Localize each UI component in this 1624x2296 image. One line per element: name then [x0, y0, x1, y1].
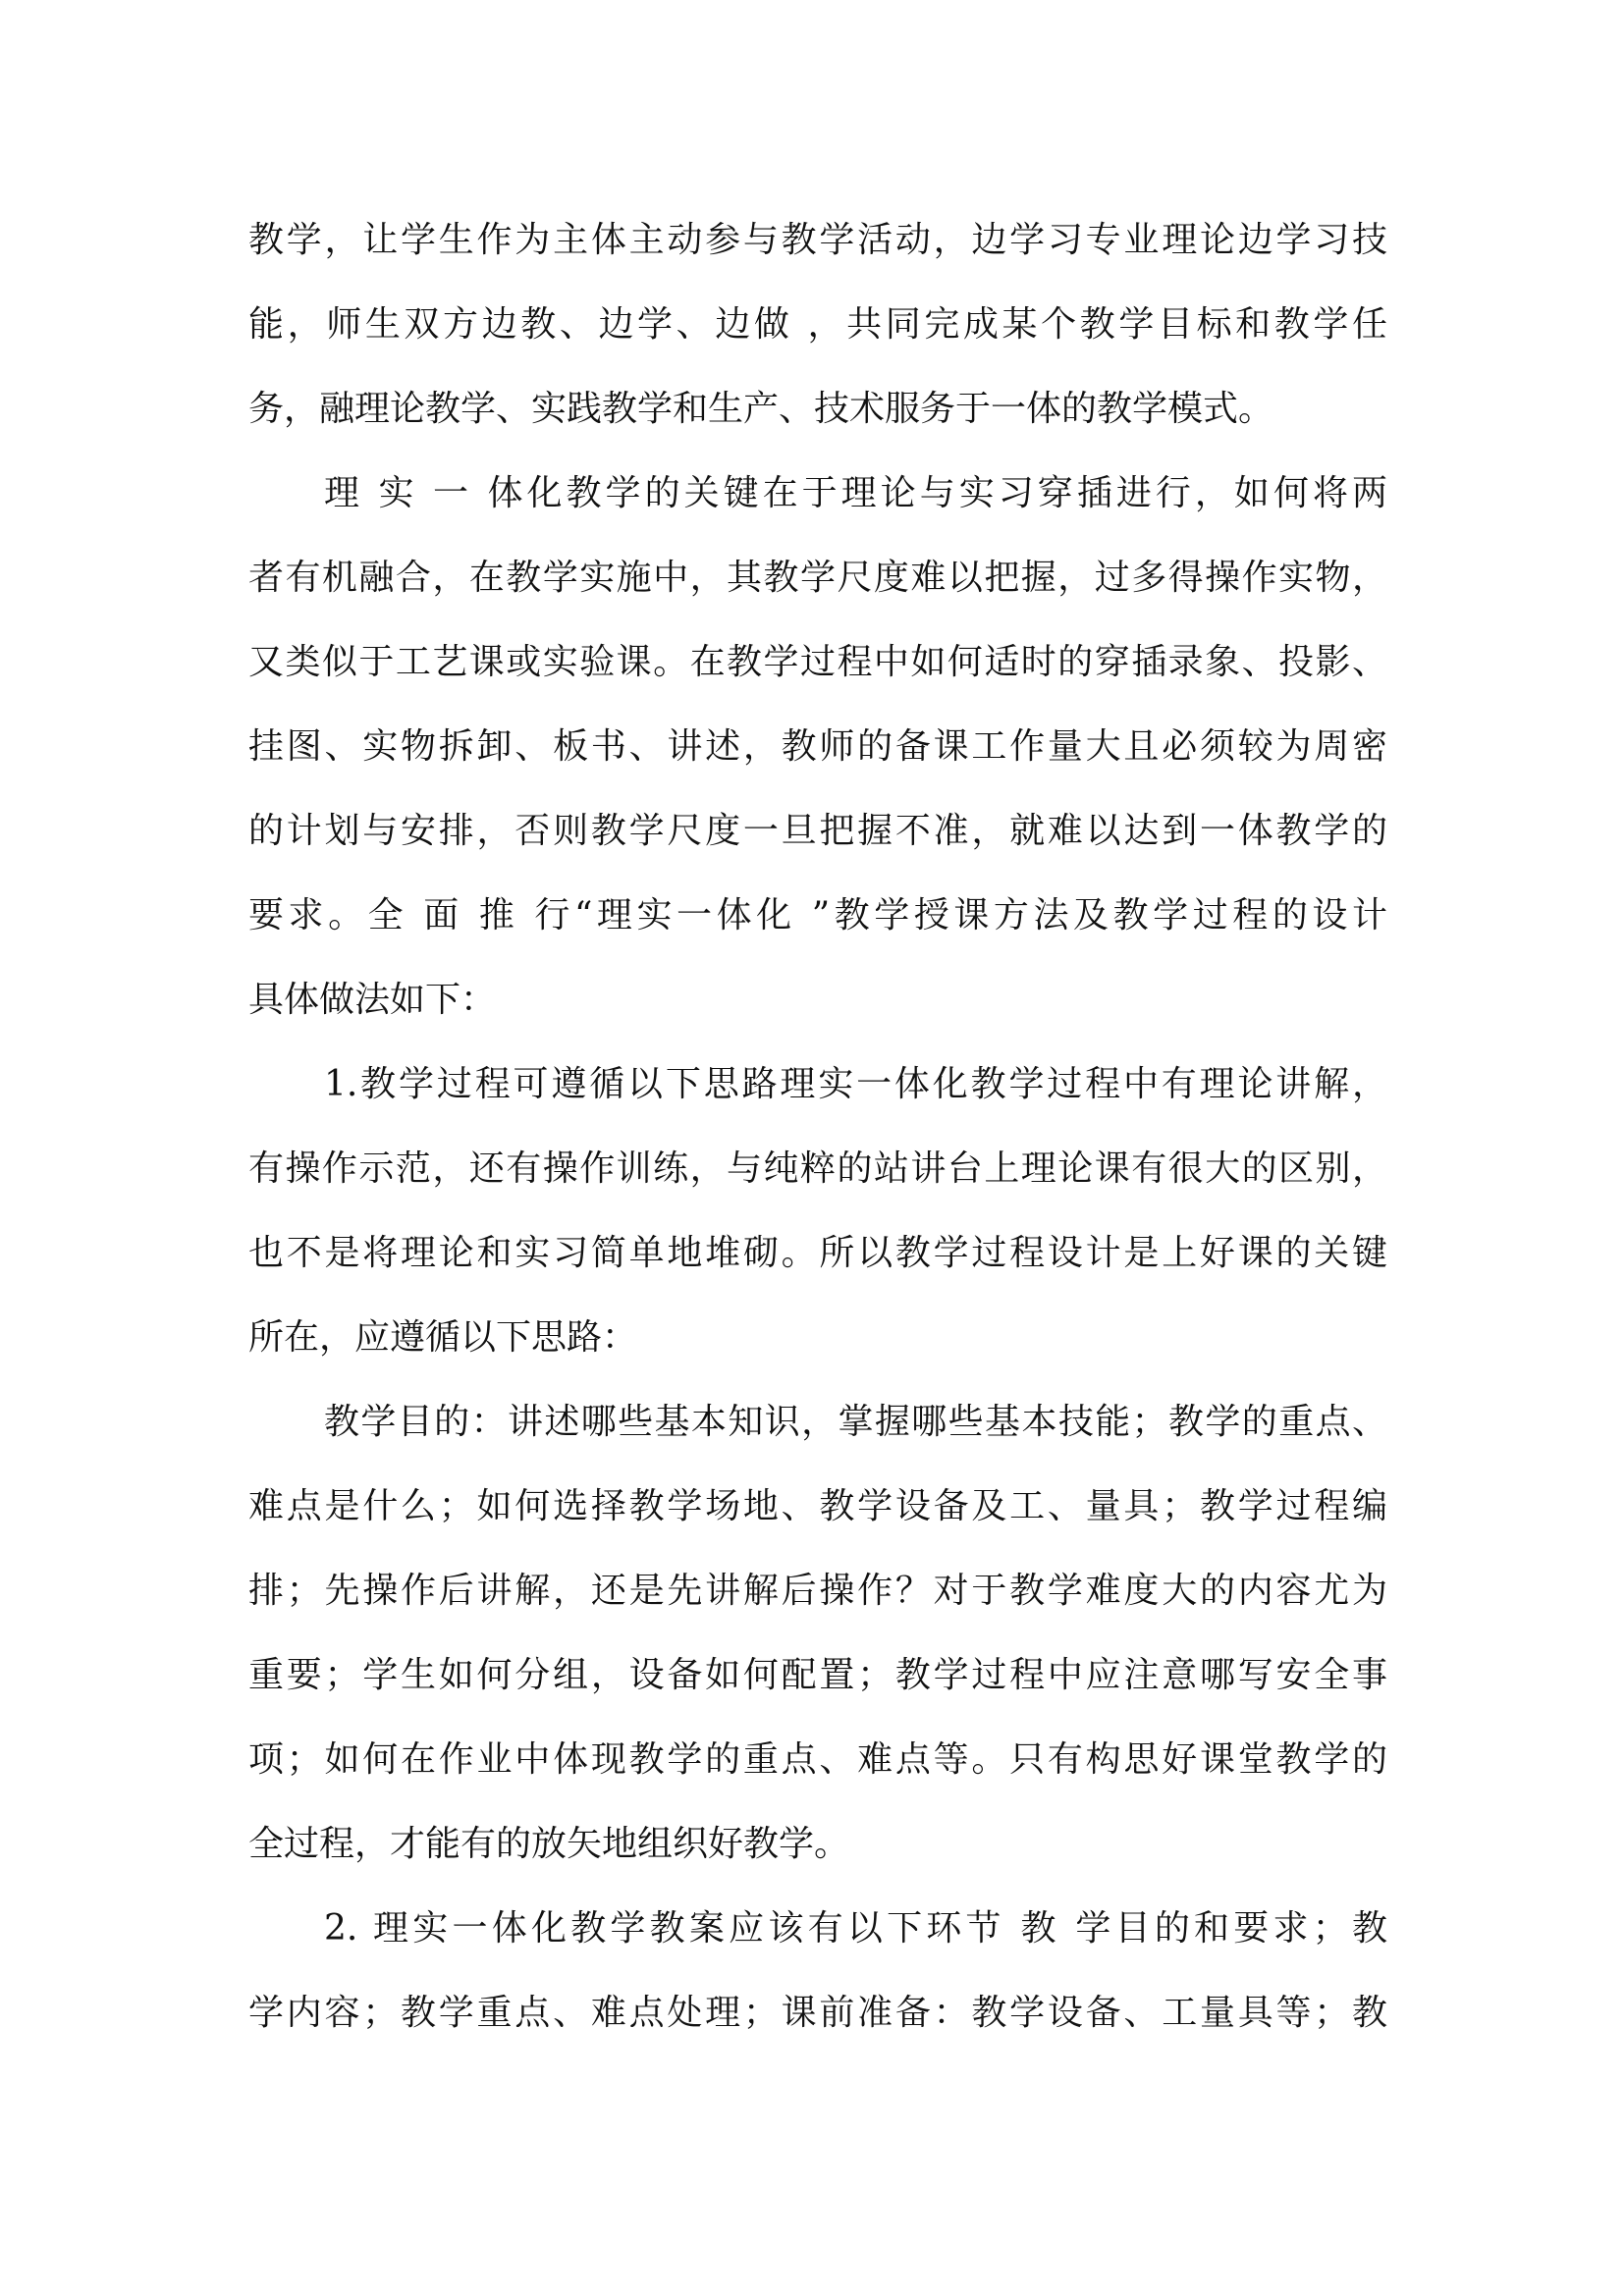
text-line: 要求。全 面 推 行“理实一体化 ”教学授课方法及教学过程的设计: [248, 892, 1387, 939]
text-line: 具体做法如下：: [248, 977, 1387, 1024]
text-line: 也不是将理论和实习简单地堆砌。所以教学过程设计是上好课的关键: [248, 1230, 1387, 1277]
text-line: 所在，应遵循以下思路：: [248, 1314, 1387, 1362]
text-line: 挂图、实物拆卸、板书、讲述，教师的备课工作量大且必须较为周密: [248, 723, 1387, 771]
text-line: 全过程，才能有的放矢地组织好教学。: [248, 1821, 1387, 1868]
text-line: 有操作示范，还有操作训练，与纯粹的站讲台上理论课有很大的区别，: [248, 1146, 1387, 1193]
text-line: 能，师生双方边教、边学、边做 ，共同完成某个教学目标和教学任: [248, 301, 1387, 348]
text-line: 难点是什么；如何选择教学场地、教学设备及工、量具；教学过程编: [248, 1483, 1387, 1530]
paragraph-start-line: 理 实 一 体化教学的关键在于理论与实习穿插进行，如何将两: [324, 470, 1387, 517]
text-line: 务，融理论教学、实践教学和生产、技术服务于一体的教学模式。: [248, 386, 1387, 433]
text-line: 项；如何在作业中体现教学的重点、难点等。只有构思好课堂教学的: [248, 1736, 1387, 1784]
text-line: 者有机融合，在教学实施中，其教学尺度难以把握，过多得操作实物，: [248, 555, 1387, 602]
document-page: 教学，让学生作为主体主动参与教学活动，边学习专业理论边学习技 能，师生双方边教、…: [0, 0, 1624, 2296]
text-line: 学内容；教学重点、难点处理；课前准备：教学设备、工量具等；教: [248, 1990, 1387, 2037]
paragraph-start-line: 教学目的：讲述哪些基本知识，掌握哪些基本技能；教学的重点、: [324, 1399, 1387, 1446]
text-line: 又类似于工艺课或实验课。在教学过程中如何适时的穿插录象、投影、: [248, 639, 1387, 686]
text-line: 排；先操作后讲解，还是先讲解后操作？对于教学难度大的内容尤为: [248, 1568, 1387, 1615]
text-line: 教学，让学生作为主体主动参与教学活动，边学习专业理论边学习技: [248, 217, 1387, 264]
paragraph-start-line: 2. 理实一体化教学教案应该有以下环节 教 学目的和要求；教: [324, 1905, 1387, 1952]
paragraph-start-line: 1.教学过程可遵循以下思路理实一体化教学过程中有理论讲解，: [324, 1061, 1387, 1108]
text-line: 的计划与安排，否则教学尺度一旦把握不准，就难以达到一体教学的: [248, 808, 1387, 855]
text-line: 重要；学生如何分组，设备如何配置；教学过程中应注意哪写安全事: [248, 1652, 1387, 1699]
